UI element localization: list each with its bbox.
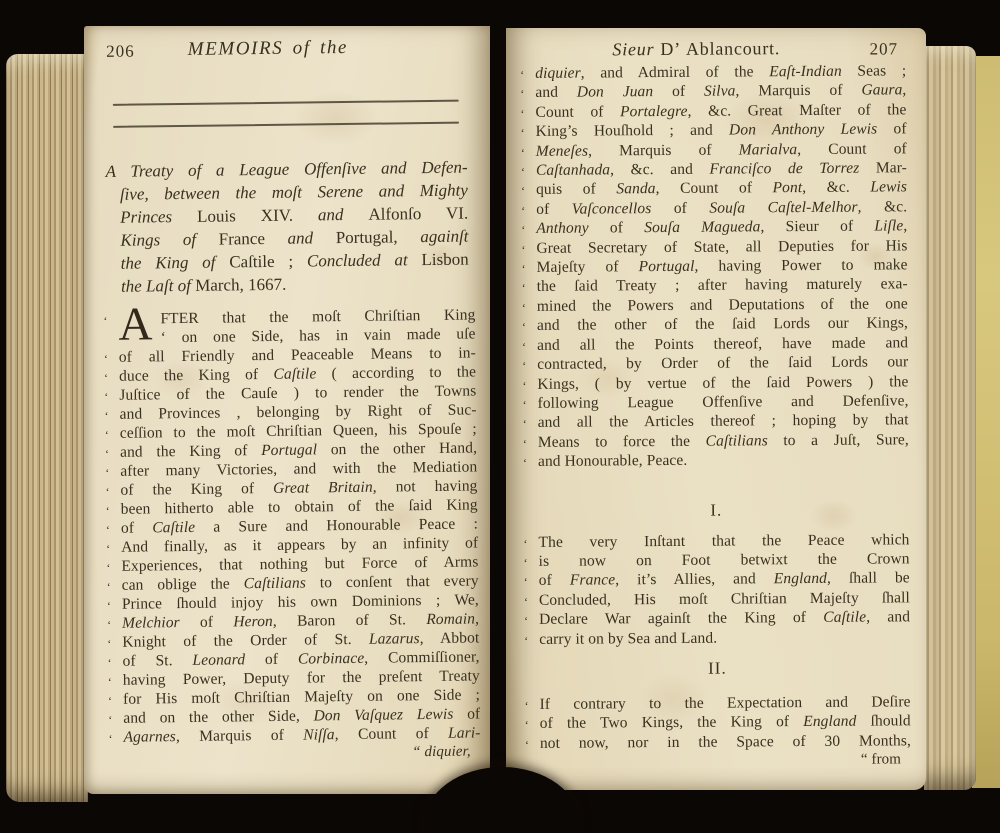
left-page-content: 206 MEMOIRS of the A Treaty of a League … — [100, 35, 474, 64]
text-line: ‘carry it on by Sea and Land. — [524, 627, 910, 649]
quote-mark: ‘ — [525, 736, 540, 756]
text-line: ‘Majeſty of Portugal, having Power to ma… — [522, 255, 908, 277]
text-line: ‘and all the Points thereof, have made a… — [522, 333, 908, 355]
horizontal-rule — [113, 100, 459, 106]
right-page: SieurD’ Ablancourt. 207 ‘diquier, and Ad… — [506, 28, 926, 790]
text-line: ‘Declare War againſt the King of Caſtile… — [524, 607, 910, 629]
quote-mark: ‘ — [107, 578, 122, 597]
text-line: ‘If contrary to the Expectation and Deſi… — [525, 692, 911, 714]
quote-mark: ‘ — [107, 616, 122, 635]
quote-mark: ‘ — [108, 654, 123, 673]
article-number: I. — [523, 499, 909, 522]
quote-mark: ‘ — [523, 454, 538, 474]
text-line: ‘not now, nor in the Space of 30 Months, — [525, 731, 911, 753]
quote-mark — [109, 749, 124, 768]
treaty-heading: A Treaty of a League Offenſive and Defen… — [105, 156, 469, 298]
drop-cap: A — [118, 302, 152, 346]
text-line: ‘Great Secretary of State, all Deputies … — [521, 236, 907, 258]
quote-mark: ‘ — [523, 534, 538, 554]
text-line: ‘of France, it’s Allies, and England, ſh… — [524, 569, 910, 591]
quote-mark: ‘ — [522, 279, 537, 299]
text-line: ‘is now on Foot betwixt the Crown — [524, 549, 910, 571]
catchword: “ from — [525, 750, 911, 772]
quote-mark: ‘ — [520, 85, 535, 105]
text-line: ‘Kings, ( by vertue of the ſaid Powers )… — [522, 372, 908, 394]
heading-line: the King of Caſtile ; Concluded at Lisbo… — [107, 248, 469, 275]
left-running-head: 206 MEMOIRS of the — [100, 35, 474, 64]
quote-mark: ‘ — [108, 673, 123, 692]
quote-mark: ‘ — [520, 66, 535, 86]
text-line: ‘the ſaid Treaty ; after having maturely… — [522, 275, 908, 297]
quote-mark: ‘ — [105, 445, 120, 464]
text-line: ‘Means to force the Caſtilians to a Juſt… — [523, 430, 909, 452]
page-number-right: 207 — [870, 39, 899, 59]
quote-mark: ‘ — [106, 540, 121, 559]
quote-mark: ‘ — [521, 124, 536, 144]
quote-mark: ‘ — [522, 396, 537, 416]
quote-mark: ‘ — [108, 692, 123, 711]
quote-mark: ‘ — [521, 202, 536, 222]
quote-mark: ‘ — [104, 407, 119, 426]
quote-mark: ‘ — [521, 163, 536, 183]
text-line: ‘and all the Articles thereof ; hoping b… — [523, 411, 909, 433]
quote-mark: ‘ — [524, 631, 539, 651]
quote-mark: ‘ — [522, 299, 537, 319]
quote-mark: ‘ — [104, 369, 119, 388]
text-line: ‘diquier, and Admiral of the Eaſt-Indian… — [520, 61, 906, 83]
quote-mark: ‘ — [107, 597, 122, 616]
quote-mark: ‘ — [522, 260, 537, 280]
quote-mark: ‘ — [105, 464, 120, 483]
right-running-head: SieurD’ Ablancourt. 207 — [520, 37, 906, 62]
text-line: ‘of the Two Kings, the King of England ſ… — [525, 712, 911, 734]
quote-mark: ‘ — [524, 612, 539, 632]
page-number-left: 206 — [106, 42, 135, 62]
text-line: ‘Meneſes, Marquis of Marialva, Count of — [521, 139, 907, 161]
left-page-text: A ‘FTER that the moſt Chriſtian King‘ on… — [103, 305, 481, 766]
quote-mark: ‘ — [104, 388, 119, 407]
quote-mark: ‘ — [525, 716, 540, 736]
quote-mark: ‘ — [524, 593, 539, 613]
quote-mark: ‘ — [523, 415, 538, 435]
left-page: 206 MEMOIRS of the A Treaty of a League … — [84, 26, 490, 794]
text-line: ‘King’s Houſhold ; and Don Anthony Lewis… — [521, 120, 907, 142]
catchword: “ diquier, — [109, 742, 481, 766]
left-page-stack-edge — [6, 54, 88, 802]
quote-mark: ‘ — [522, 357, 537, 377]
text-line: ‘and Honourable, Peace. — [523, 449, 909, 471]
quote-mark: ‘ — [522, 376, 537, 396]
quote-mark: ‘ — [522, 338, 537, 358]
heading-line: the Laſt of March, 1667. — [107, 271, 469, 298]
quote-mark: ‘ — [104, 350, 119, 369]
quote-mark: ‘ — [108, 711, 123, 730]
book-photo: 206 MEMOIRS of the A Treaty of a League … — [0, 0, 1000, 833]
right-page-stack-edge — [924, 46, 976, 790]
quote-mark: ‘ — [103, 312, 118, 331]
book-cover-edge — [972, 56, 1000, 788]
quote-mark: ‘ — [108, 730, 123, 749]
text-line: ‘mined the Powers and Deputations of the… — [522, 294, 908, 316]
quote-mark: ‘ — [106, 559, 121, 578]
running-title-right: SieurD’ Ablancourt. — [612, 38, 780, 60]
quote-mark: ‘ — [523, 435, 538, 455]
running-title-left: MEMOIRS of the — [188, 37, 349, 61]
quote-mark — [104, 331, 119, 350]
text-line: ‘following League Offenſive and Defenſiv… — [522, 391, 908, 413]
text-line: ‘and the other of the ſaid Lords our Kin… — [522, 314, 908, 336]
text-line: ‘Concluded, His moſt Chriſtian Majeſty ſ… — [524, 588, 910, 610]
text-line: ‘The very Inſtant that the Peace which — [523, 530, 909, 552]
horizontal-rule — [113, 122, 459, 128]
quote-mark: ‘ — [521, 241, 536, 261]
right-page-text: ‘diquier, and Admiral of the Eaſt-Indian… — [520, 61, 911, 772]
quote-mark: ‘ — [525, 697, 540, 717]
text-line: ‘Anthony of Souſa Magueda, Sieur of Liſl… — [521, 217, 907, 239]
quote-mark: ‘ — [105, 426, 120, 445]
quote-mark: ‘ — [521, 182, 536, 202]
quote-mark: ‘ — [107, 635, 122, 654]
text-line: ‘Count of Portalegre, &c. Great Maſter o… — [520, 100, 906, 122]
right-page-content: SieurD’ Ablancourt. 207 ‘diquier, and Ad… — [520, 37, 911, 772]
quote-mark: ‘ — [521, 221, 536, 241]
text-line: ‘of Vaſconcellos of Souſa Caſtel-Melhor,… — [521, 197, 907, 219]
quote-mark: ‘ — [524, 554, 539, 574]
quote-mark: ‘ — [106, 502, 121, 521]
quote-mark: ‘ — [105, 483, 120, 502]
quote-mark: ‘ — [521, 144, 536, 164]
text-line: ‘Caſtanhada, &c. and Franciſco de Torrez… — [521, 158, 907, 180]
quote-mark: ‘ — [106, 521, 121, 540]
text-line: ‘quis of Sanda, Count of Pont, &c. Lewis — [521, 178, 907, 200]
quote-mark: ‘ — [522, 318, 537, 338]
text-line: ‘contracted, by Order of the ſaid Lords … — [522, 352, 908, 374]
quote-mark: ‘ — [524, 573, 539, 593]
quote-mark: ‘ — [520, 105, 535, 125]
text-line: ‘and Don Juan of Silva, Marquis of Gaura… — [520, 81, 906, 103]
article-number: II. — [524, 657, 910, 680]
